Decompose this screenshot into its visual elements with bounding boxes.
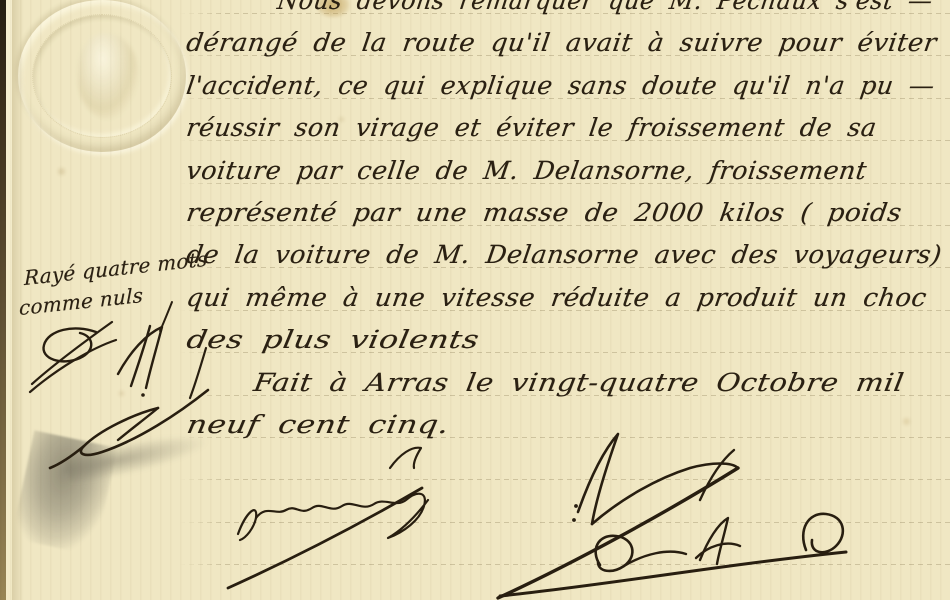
manuscript-line-5: voiture par celle de M. Delansorne, froi… xyxy=(184,156,869,192)
ruled-line xyxy=(180,522,950,523)
margin-note-line1: Rayé quatre mots xyxy=(24,247,207,290)
signature-felix-devaux xyxy=(228,448,428,588)
manuscript-line-10: Fait à Arras le vingt-quatre Octobre mil xyxy=(250,368,906,404)
manuscript-line-6: représenté par une masse de 2000 kilos (… xyxy=(184,198,904,234)
ruled-line xyxy=(180,564,950,565)
seal-figure xyxy=(78,33,138,118)
manuscript-line-3: l'accident, ce qui explique sans doute q… xyxy=(184,71,937,107)
manuscript-line-8: qui même à une vitesse réduite a produit… xyxy=(184,283,929,319)
manuscript-line-2: dérangé de la route qu'il avait à suivre… xyxy=(184,28,939,64)
manuscript-line-9: des plus violents xyxy=(183,325,481,361)
manuscript-page: Rayé quatre mots comme nuls xyxy=(0,0,950,600)
manuscript-line-7: de la voiture de M. Delansorne avec des … xyxy=(184,240,944,276)
page-left-edge-shadow xyxy=(12,0,24,600)
manuscript-line-11: neuf cent cinq. xyxy=(183,410,451,446)
signature-official-2 xyxy=(500,514,846,596)
margin-paraph-2 xyxy=(118,302,172,397)
margin-paraph-1 xyxy=(30,322,116,392)
manuscript-line-1: Nous devons remarquer que M. Péchaux s'e… xyxy=(275,0,935,22)
ruled-line xyxy=(180,479,950,480)
signature-official-1 xyxy=(498,434,738,598)
embossed-seal xyxy=(18,0,186,152)
manuscript-line-4: réussir son virage et éviter le froissem… xyxy=(184,113,879,149)
